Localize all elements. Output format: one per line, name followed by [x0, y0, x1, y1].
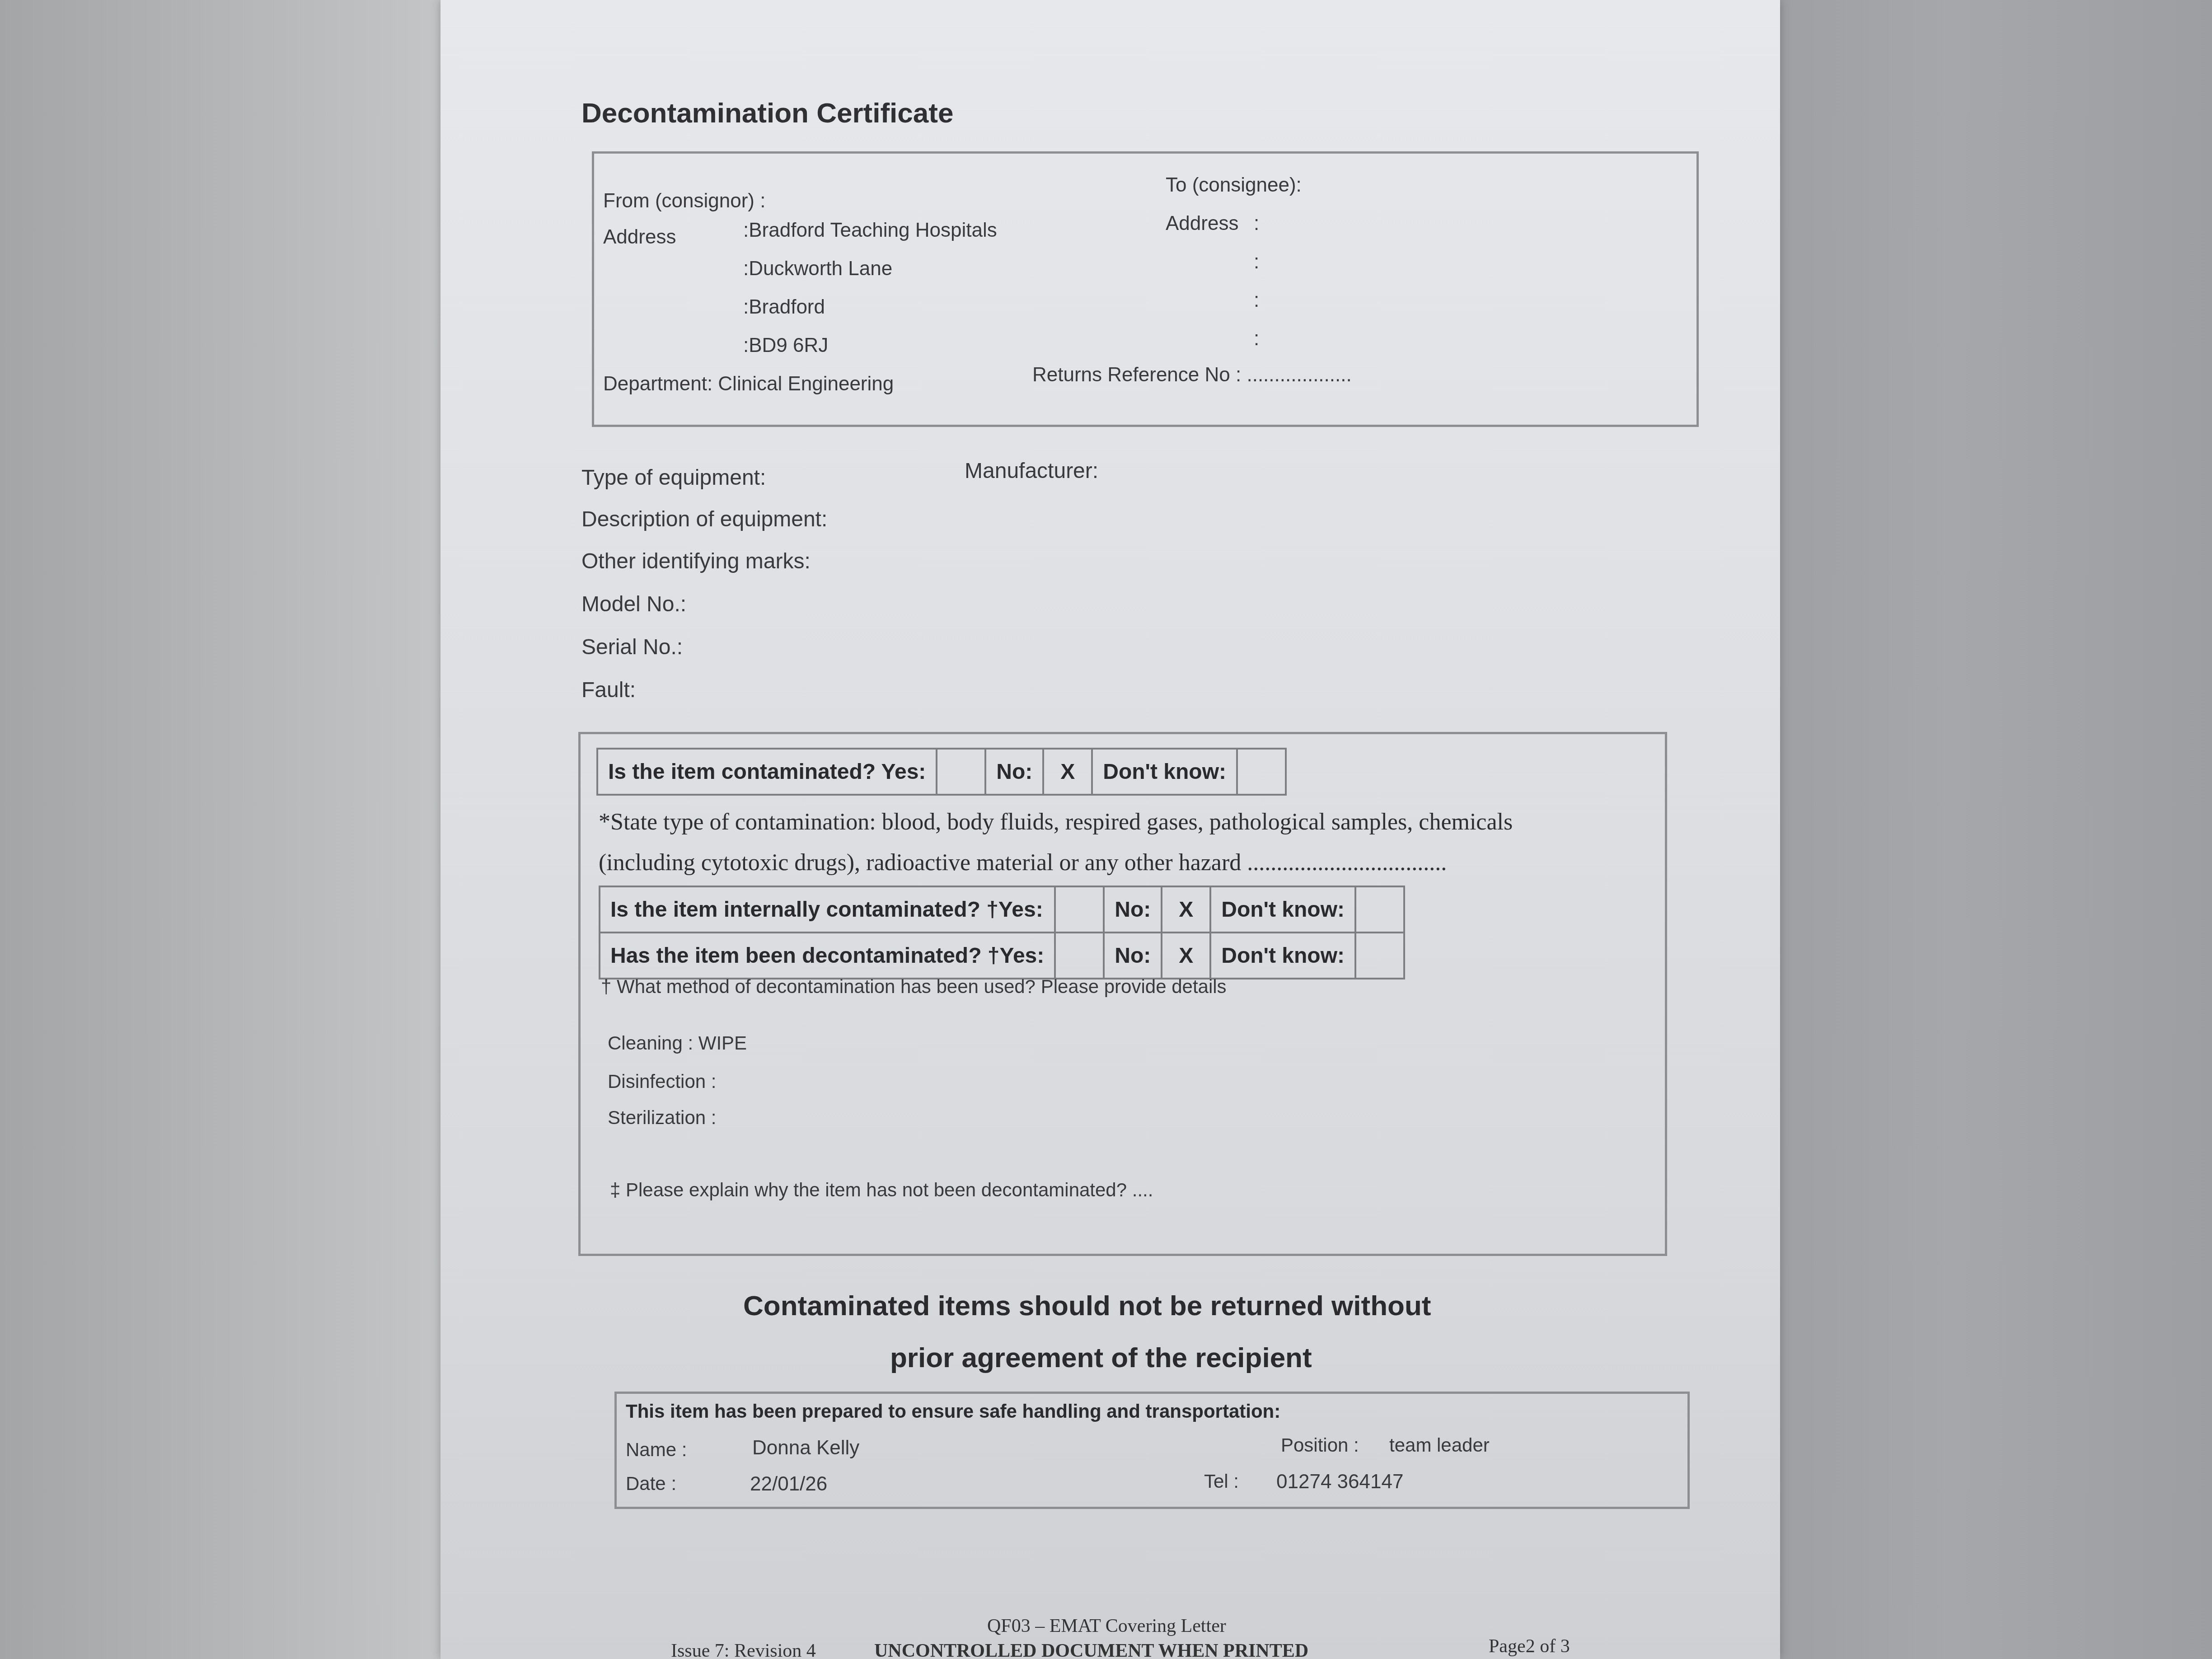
to-label: To (consignee):: [1166, 174, 1302, 197]
contamination-type-note: *State type of contamination: blood, bod…: [599, 809, 1513, 835]
dont-know-label: Don't know:: [1210, 886, 1355, 933]
method-prompt: † What method of decontamination has bee…: [601, 976, 1227, 998]
to-address-label: Address: [1166, 212, 1238, 235]
question-row: Has the item been decontaminated? †Yes: …: [600, 933, 1404, 979]
dont-know-checkbox[interactable]: [1237, 749, 1286, 795]
warning-line-1: Contaminated items should not be returne…: [743, 1290, 1431, 1322]
from-label: From (consignor) :: [603, 190, 765, 212]
dont-know-checkbox[interactable]: [1355, 933, 1404, 979]
no-label: No:: [1104, 886, 1162, 933]
to-address-line: :: [1254, 251, 1259, 273]
footer-doc-ref: QF03 – EMAT Covering Letter: [987, 1615, 1226, 1637]
yes-checkbox[interactable]: [937, 749, 985, 795]
manufacturer-label: Manufacturer:: [965, 459, 1098, 483]
dont-know-label: Don't know:: [1092, 749, 1237, 795]
question-label: Is the item contaminated? Yes:: [597, 749, 937, 795]
footer-issue: Issue 7: Revision 4: [671, 1640, 816, 1659]
from-address-line: :Bradford: [743, 296, 825, 319]
declaration-heading: This item has been prepared to ensure sa…: [626, 1401, 1280, 1422]
returns-reference: Returns Reference No : .................…: [1032, 364, 1352, 386]
identifying-marks-label: Other identifying marks:: [581, 549, 811, 574]
sterilization-method: Sterilization :: [608, 1107, 716, 1129]
no-label: No:: [985, 749, 1043, 795]
question-row: Is the item contaminated? Yes: No: X Don…: [597, 749, 1286, 795]
type-of-equipment-label: Type of equipment:: [581, 465, 766, 490]
fault-label: Fault:: [581, 678, 636, 703]
model-no-label: Model No.:: [581, 592, 686, 617]
from-address-line: :Bradford Teaching Hospitals: [743, 219, 997, 242]
cleaning-method: Cleaning : WIPE: [608, 1032, 747, 1054]
tel-label: Tel :: [1204, 1471, 1239, 1492]
yes-checkbox[interactable]: [1055, 886, 1104, 933]
footer-uncontrolled: UNCONTROLLED DOCUMENT WHEN PRINTED: [874, 1640, 1308, 1659]
no-label: No:: [1104, 933, 1162, 979]
question-label: Is the item internally contaminated? †Ye…: [600, 886, 1055, 933]
to-address-line: :: [1254, 289, 1259, 312]
no-checkbox[interactable]: X: [1162, 886, 1210, 933]
question-row: Is the item internally contaminated? †Ye…: [600, 886, 1404, 933]
declaration-box: This item has been prepared to ensure sa…: [614, 1392, 1690, 1509]
position-label: Position :: [1281, 1434, 1359, 1456]
no-checkbox[interactable]: X: [1162, 933, 1210, 979]
footer-page-number: Page2 of 3: [1489, 1636, 1570, 1657]
contaminated-question-table: Is the item contaminated? Yes: No: X Don…: [596, 748, 1287, 796]
contamination-box: Is the item contaminated? Yes: No: X Don…: [578, 732, 1667, 1256]
dont-know-checkbox[interactable]: [1355, 886, 1404, 933]
serial-no-label: Serial No.:: [581, 635, 683, 660]
desk-surface: [1780, 0, 2212, 1659]
yes-checkbox[interactable]: [1055, 933, 1104, 979]
document-title: Decontamination Certificate: [581, 97, 953, 129]
no-checkbox[interactable]: X: [1043, 749, 1092, 795]
dont-know-label: Don't know:: [1210, 933, 1355, 979]
from-address-line: :Duckworth Lane: [743, 258, 892, 280]
description-label: Description of equipment:: [581, 507, 827, 532]
consignor-consignee-box: From (consignor) : Address :Bradford Tea…: [592, 151, 1699, 427]
explain-prompt: ‡ Please explain why the item has not be…: [610, 1179, 1153, 1201]
department: Department: Clinical Engineering: [603, 373, 894, 395]
question-label: Has the item been decontaminated? †Yes:: [600, 933, 1055, 979]
name-value: Donna Kelly: [752, 1437, 859, 1459]
to-address-line: :: [1254, 212, 1259, 235]
date-value: 22/01/26: [750, 1473, 827, 1495]
from-address-label: Address: [603, 226, 676, 248]
position-value: team leader: [1389, 1434, 1490, 1456]
to-address-line: :: [1254, 328, 1259, 350]
date-label: Date :: [626, 1473, 676, 1495]
warning-line-2: prior agreement of the recipient: [890, 1342, 1312, 1374]
contamination-type-note-cont: (including cytotoxic drugs), radioactive…: [599, 849, 1447, 876]
from-address-line: :BD9 6RJ: [743, 334, 828, 357]
tel-value: 01274 364147: [1276, 1471, 1403, 1493]
disinfection-method: Disinfection :: [608, 1071, 716, 1092]
decontamination-question-table: Is the item internally contaminated? †Ye…: [599, 886, 1405, 979]
name-label: Name :: [626, 1439, 687, 1461]
decontamination-certificate-page: Decontamination Certificate From (consig…: [441, 0, 1780, 1659]
